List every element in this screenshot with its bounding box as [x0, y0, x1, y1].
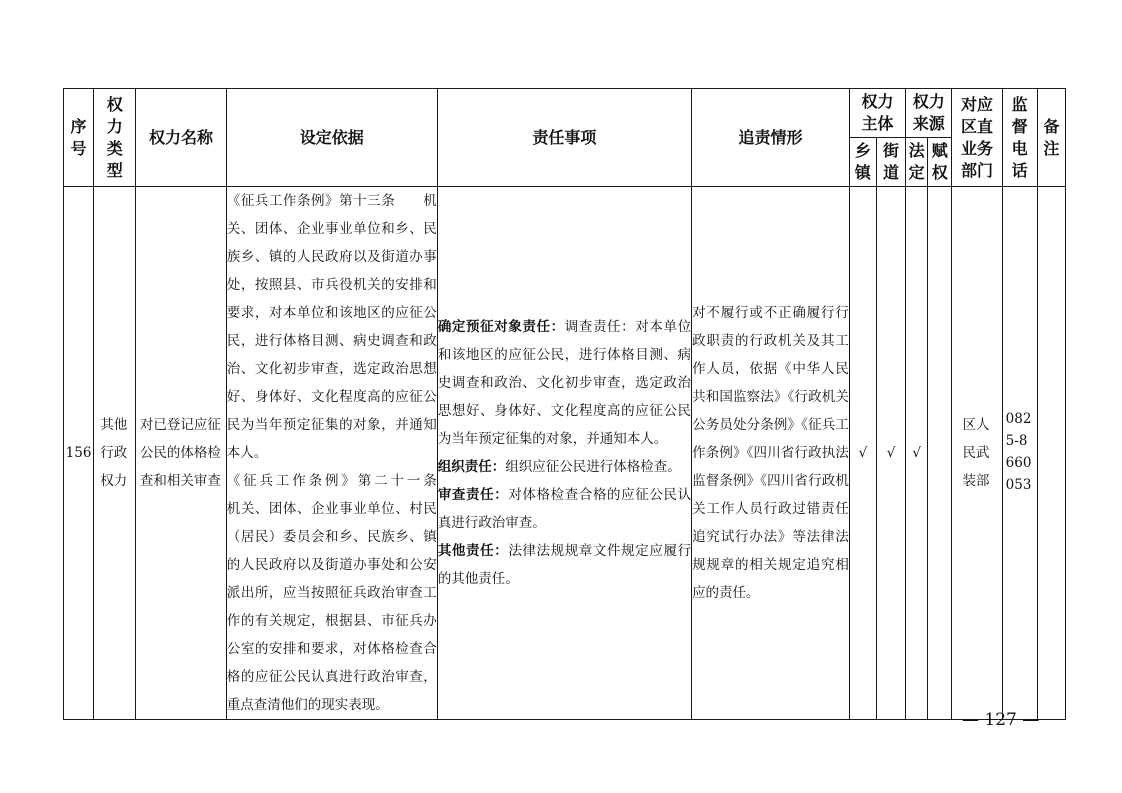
duty-item-text: 调查责任：对本单位和该地区的应征公民，进行体格目测、病史调查和政治、文化初步审查…	[438, 319, 691, 447]
col-header-township: 乡镇	[849, 138, 876, 187]
col-header-basis: 设定依据	[226, 89, 437, 187]
col-header-district-dept: 对应区直业务部门	[952, 89, 1002, 187]
duty-item: 确定预征对象责任：调查责任：对本单位和该地区的应征公民，进行体格目测、病史调查和…	[438, 313, 691, 453]
cell-statutory-check: √	[906, 187, 928, 720]
page-number: — 127 —	[962, 708, 1039, 732]
duty-item-label: 确定预征对象责任：	[438, 319, 565, 335]
col-header-power-source-label: 权力来源	[912, 91, 946, 135]
col-header-power-name-label: 权力名称	[149, 128, 213, 147]
power-list-table: 序号 权力类型 权力名称 设定依据 责任事项 追责情形 权力主体 权力来源 对应…	[63, 88, 1066, 720]
cell-power-name: 对已登记应征公民的体格检查和相关审查	[136, 187, 226, 720]
cell-remark	[1037, 187, 1065, 720]
col-header-supervision-phone: 监督电话	[1002, 89, 1037, 187]
cell-empowered-check	[928, 187, 952, 720]
col-header-seq: 序号	[64, 89, 94, 187]
duty-item: 组织责任：组织应征公民进行体格检查。	[438, 453, 691, 481]
col-header-duty-label: 责任事项	[532, 128, 596, 147]
col-header-remark: 备注	[1037, 89, 1065, 187]
basis-paragraph-1: 《征兵工作条例》第十三条 机关、团体、企业事业单位和乡、民族乡、镇的人民政府以及…	[227, 187, 437, 467]
col-header-remark-label: 备注	[1043, 116, 1061, 160]
document-page: 序号 权力类型 权力名称 设定依据 责任事项 追责情形 权力主体 权力来源 对应…	[0, 0, 1122, 793]
accountability-text: 对不履行或不正确履行行政职责的行政机关及其工作人员，依据《中华人民共和国监察法》…	[692, 299, 849, 607]
duty-item-label: 审查责任：	[438, 487, 509, 503]
table-row: 156 其他行政权力 对已登记应征公民的体格检查和相关审查 《征兵工作条例》第十…	[64, 187, 1066, 720]
duty-item-label: 组织责任：	[438, 459, 506, 475]
col-header-accountability-label: 追责情形	[738, 128, 802, 147]
col-header-supervision-phone-label: 监督电话	[1011, 94, 1029, 182]
col-header-power-subject: 权力主体	[849, 89, 905, 138]
cell-township-check: √	[849, 187, 876, 720]
col-header-street-label: 街道	[882, 140, 900, 184]
col-header-statutory: 法定	[906, 138, 928, 187]
basis-paragraph-2: 《征兵工作条例》第二十一条 机关、团体、企业事业单位、村民（居民）委员会和乡、民…	[227, 467, 437, 719]
cell-accountability: 对不履行或不正确履行行政职责的行政机关及其工作人员，依据《中华人民共和国监察法》…	[692, 187, 850, 720]
phone-value: 0825-8660053	[1006, 408, 1034, 496]
col-header-power-source: 权力来源	[906, 89, 952, 138]
col-header-empowered: 赋权	[928, 138, 952, 187]
duty-item-label: 其他责任：	[438, 543, 509, 559]
col-header-street: 街道	[876, 138, 905, 187]
header-row-top: 序号 权力类型 权力名称 设定依据 责任事项 追责情形 权力主体 权力来源 对应…	[64, 89, 1066, 138]
cell-street-check: √	[876, 187, 905, 720]
cell-basis: 《征兵工作条例》第十三条 机关、团体、企业事业单位和乡、民族乡、镇的人民政府以及…	[226, 187, 437, 720]
duty-item: 审查责任：对体格检查合格的应征公民认真进行政治审查。	[438, 481, 691, 537]
col-header-power-name: 权力名称	[136, 89, 226, 187]
department-value: 区人民武装部	[962, 411, 991, 495]
cell-department: 区人民武装部	[952, 187, 1002, 720]
col-header-power-type-label: 权力类型	[106, 94, 124, 182]
cell-seq: 156	[64, 187, 94, 720]
col-header-seq-label: 序号	[70, 116, 88, 160]
col-header-basis-label: 设定依据	[300, 128, 364, 147]
cell-phone: 0825-8660053	[1002, 187, 1037, 720]
col-header-township-label: 乡镇	[854, 140, 872, 184]
col-header-accountability: 追责情形	[692, 89, 850, 187]
duty-item: 其他责任：法律法规规章文件规定应履行的其他责任。	[438, 537, 691, 593]
col-header-empowered-label: 赋权	[931, 140, 949, 184]
col-header-duty: 责任事项	[437, 89, 691, 187]
col-header-district-dept-label: 对应区直业务部门	[960, 94, 994, 182]
power-type-value: 其他行政权力	[100, 411, 129, 495]
duty-item-text: 组织应征公民进行体格检查。	[505, 459, 681, 475]
col-header-power-type: 权力类型	[94, 89, 136, 187]
col-header-statutory-label: 法定	[908, 140, 926, 184]
col-header-power-subject-label: 权力主体	[860, 91, 894, 135]
power-name-value: 对已登记应征公民的体格检查和相关审查	[140, 411, 222, 495]
cell-power-type: 其他行政权力	[94, 187, 136, 720]
cell-duty: 确定预征对象责任：调查责任：对本单位和该地区的应征公民，进行体格目测、病史调查和…	[437, 187, 691, 720]
